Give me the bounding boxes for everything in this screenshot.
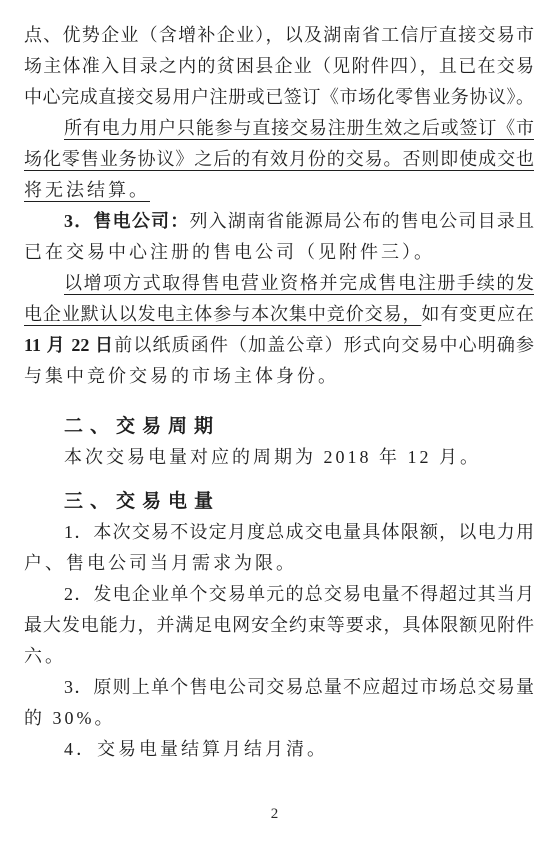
text-run: 前以纸质函件（加盖公章）形式向交易中心明确参 bbox=[114, 335, 534, 355]
text-line: 场主体准入目录之内的贫困县企业（见附件四），且已在交易 bbox=[24, 51, 534, 82]
text-line: 点、优势企业（含增补企业），以及湖南省工信厅直接交易市 bbox=[24, 20, 534, 51]
text-run: 如有变更应在 bbox=[421, 304, 534, 324]
text-line: 以增项方式取得售电营业资格并完成售电注册手续的发 bbox=[24, 268, 534, 299]
text-line: 11 月 22 日前以纸质函件（加盖公章）形式向交易中心明确参 bbox=[24, 330, 534, 361]
text-line: 户、售电公司当月需求为限。 bbox=[24, 548, 534, 579]
text-line: 已在交易中心注册的售电公司（见附件三）。 bbox=[24, 237, 534, 268]
text-line: 电企业默认以发电主体参与本次集中竞价交易，如有变更应在 bbox=[24, 299, 534, 330]
text-line: 的 30%。 bbox=[24, 703, 534, 734]
text-line: 所有电力用户只能参与直接交易注册生效之后或签订《市 bbox=[24, 113, 534, 144]
text-line: 4．交易电量结算月结月清。 bbox=[24, 734, 534, 765]
bold-label: 3．售电公司： bbox=[64, 211, 189, 231]
document-body: 点、优势企业（含增补企业），以及湖南省工信厅直接交易市 场主体准入目录之内的贫困… bbox=[24, 20, 534, 765]
text-line: 六。 bbox=[24, 641, 534, 672]
text-line: 中心完成直接交易用户注册或已签订《市场化零售业务协议》。 bbox=[24, 82, 534, 113]
underlined-text: 以增项方式取得售电营业资格并完成售电注册手续的发 bbox=[64, 273, 534, 293]
text-line: 3．售电公司：列入湖南省能源局公布的售电公司目录且 bbox=[24, 206, 534, 237]
page-number: 2 bbox=[0, 806, 549, 823]
bold-date: 11 月 22 日 bbox=[24, 335, 114, 355]
document-page: 点、优势企业（含增补企业），以及湖南省工信厅直接交易市 场主体准入目录之内的贫困… bbox=[0, 0, 549, 850]
text-line: 3．原则上单个售电公司交易总量不应超过市场总交易量 bbox=[24, 672, 534, 703]
text-run: 列入湖南省能源局公布的售电公司目录且 bbox=[189, 211, 534, 231]
section-heading-volume: 三、交易电量 bbox=[24, 486, 534, 517]
text-line: 与集中竞价交易的市场主体身份。 bbox=[24, 361, 534, 392]
underlined-text: 电企业默认以发电主体参与本次集中竞价交易， bbox=[24, 304, 421, 324]
text-line: 将无法结算。 bbox=[24, 175, 534, 206]
text-line: 1．本次交易不设定月度总成交电量具体限额，以电力用 bbox=[24, 517, 534, 548]
text-line: 2．发电企业单个交易单元的总交易电量不得超过其当月 bbox=[24, 579, 534, 610]
text-line: 最大发电能力，并满足电网安全约束等要求，具体限额见附件 bbox=[24, 610, 534, 641]
section-heading-period: 二、交易周期 bbox=[24, 411, 534, 442]
text-line: 本次交易电量对应的周期为 2018 年 12 月。 bbox=[24, 442, 534, 473]
underlined-text: 场化零售业务协议》之后的有效月份的交易。否则即使成交也 bbox=[24, 149, 534, 169]
underlined-text: 将无法结算。 bbox=[24, 180, 150, 200]
text-line: 场化零售业务协议》之后的有效月份的交易。否则即使成交也 bbox=[24, 144, 534, 175]
underlined-text: 所有电力用户只能参与直接交易注册生效之后或签订《市 bbox=[64, 118, 534, 138]
